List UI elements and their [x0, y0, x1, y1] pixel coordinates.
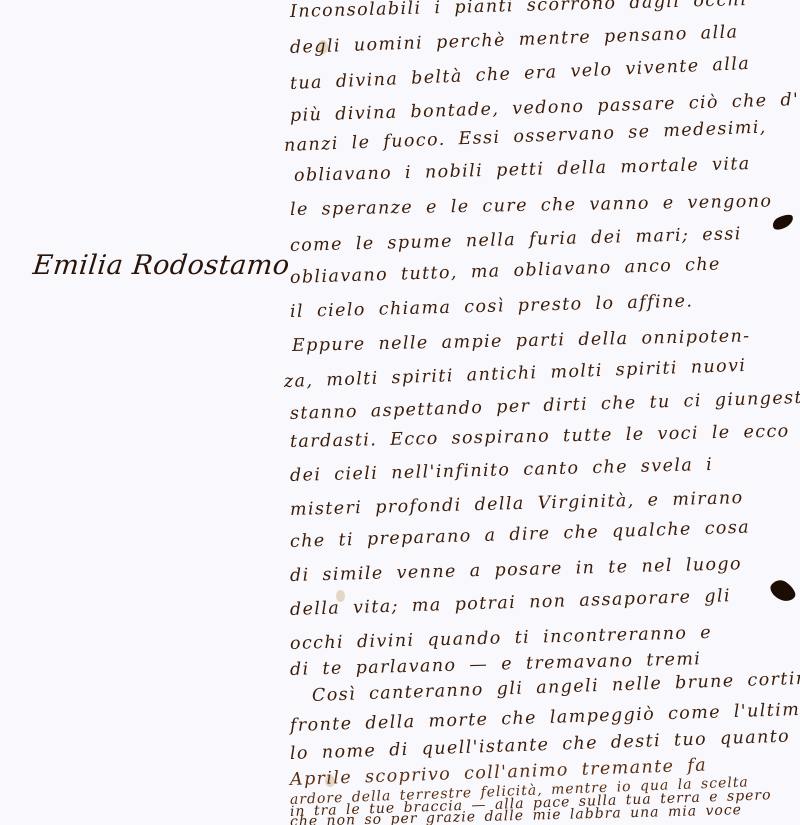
signature: Emilia Rodostamo [31, 250, 291, 281]
letter-line: il cielo chiama così presto lo affine. [290, 291, 694, 322]
letter-line: tua divina beltà che era velo vivente al… [290, 54, 751, 94]
letter-line: di simile venne a posare in te nel luogo [290, 554, 742, 586]
letter-line: che ti preparano a dire che qualche cosa [290, 518, 751, 552]
letter-line: occhi divini quando ti incontreranno e [290, 623, 713, 654]
letter-body: Inconsolabili i pianti scorrono dagli oc… [290, 0, 800, 825]
letter-line: le speranze e le cure che vanno e vengon… [290, 192, 773, 220]
letter-line: stanno aspettando per dirti che tu ci gi… [290, 388, 800, 424]
letter-line: misteri profondi della Virginità, e mira… [290, 488, 744, 520]
letter-line: Inconsolabili i pianti scorrono dagli oc… [290, 0, 748, 22]
letter-line: degli uomini perchè mentre pensano alla [290, 22, 739, 58]
letter-line: obliavano i nobili petti della mortale v… [294, 154, 751, 186]
letter-line: Eppure nelle ampie parti della onnipoten… [292, 326, 751, 356]
letter-line: dei cieli nell'infinito canto che svela … [290, 455, 714, 486]
manuscript-page: Emilia Rodostamo Inconsolabili i pianti … [0, 0, 800, 825]
letter-line: za, molti spiriti antichi molti spiriti … [284, 356, 747, 392]
letter-line: tardasti. Ecco sospirano tutte le voci l… [290, 422, 790, 452]
letter-line: della vita; ma potrai non assaporare gli [290, 586, 732, 620]
letter-line: obliavano tutto, ma obliavano anco che [290, 254, 721, 288]
letter-line: come le spume nella furia dei mari; essi [290, 224, 742, 256]
